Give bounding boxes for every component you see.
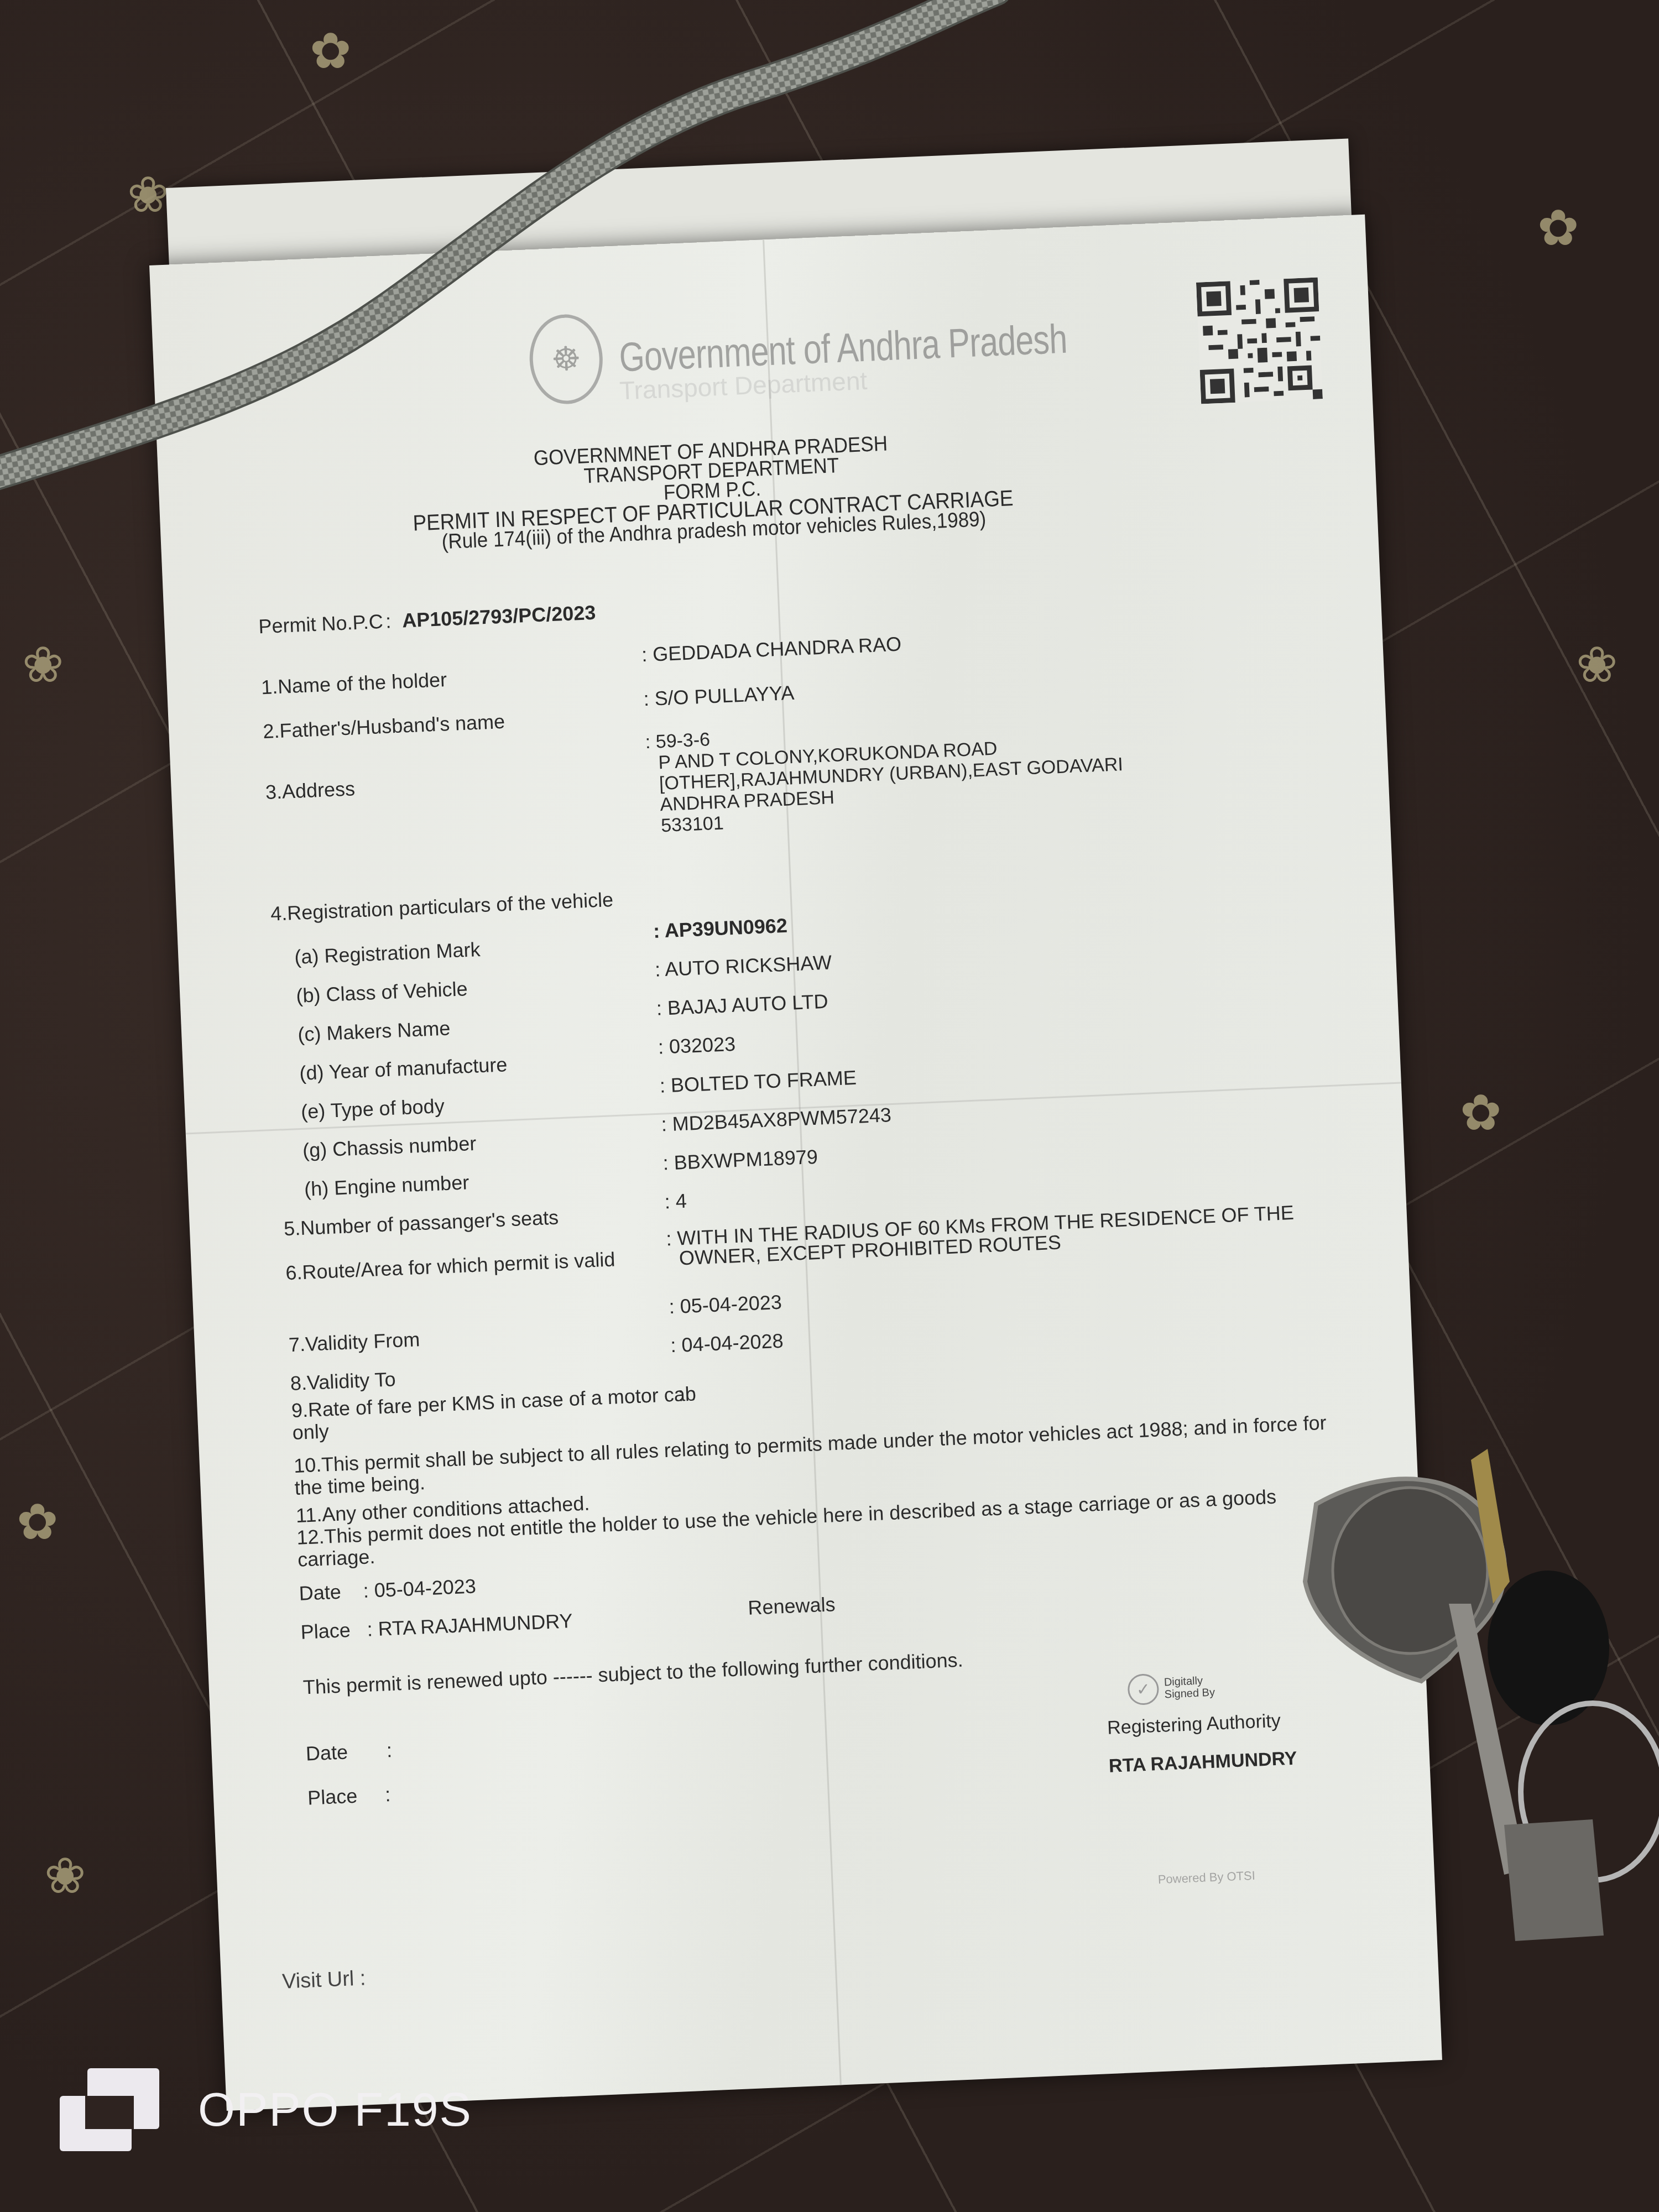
fabric-motif: ✿ [1460, 1084, 1501, 1142]
address-value: : 59-3-6 P AND T COLONY,KORUKONDA ROAD [… [645, 712, 1125, 837]
renewal-date-row: Date : [305, 1739, 393, 1765]
qr-code-icon [1196, 278, 1323, 404]
issue-date-row: Date : 05-04-2023 [299, 1574, 477, 1605]
fabric-motif: ❀ [22, 636, 64, 694]
letterhead: ☸ Government of Andhra Pradesh Transport… [528, 289, 1180, 405]
vehicle-keys [1283, 1438, 1659, 1963]
permit-number-label: Permit No.P.C [258, 610, 384, 638]
renewal-place-row: Place : [307, 1783, 391, 1809]
checkmark-icon: ✓ [1127, 1673, 1159, 1705]
holder-name-label: 1.Name of the holder [260, 668, 447, 699]
fabric-motif: ✿ [310, 22, 351, 80]
form-heading: GOVERNMNET OF ANDHRA PRADESH TRANSPORT D… [354, 426, 1070, 556]
signature-block: ✓ Digitally Signed By Registering Author… [1105, 1668, 1297, 1777]
visit-url-label: Visit Url : [281, 1966, 366, 1994]
address-label: 3.Address [265, 777, 356, 804]
renewal-text: This permit is renewed upto ------ subje… [302, 1648, 963, 1699]
fabric-motif: ✿ [1537, 199, 1579, 257]
permit-number-value: AP105/2793/PC/2023 [401, 601, 596, 633]
issue-place-row: Place : RTA RAJAHMUNDRY [300, 1609, 573, 1644]
renewals-heading: Renewals [748, 1593, 836, 1620]
father-name-label: 2.Father's/Husband's name [263, 710, 505, 743]
camera-logo-icon [60, 2068, 159, 2151]
fabric-motif: ✿ [17, 1493, 58, 1551]
holder-name-value: : GEDDADA CHANDRA RAO [641, 633, 901, 667]
camera-model: OPPO F19S [198, 2083, 472, 2137]
permit-number-row: Permit No.P.C : AP105/2793/PC/2023 [164, 568, 1380, 619]
camera-watermark: OPPO F19S [60, 2068, 472, 2151]
fabric-motif: ❀ [1576, 636, 1618, 694]
registering-authority: Registering Authority [1107, 1710, 1296, 1739]
fabric-motif: ❀ [127, 166, 169, 224]
permit-document: ☸ Government of Andhra Pradesh Transport… [149, 215, 1442, 2111]
father-name-value: : S/O PULLAYYA [643, 681, 795, 711]
fabric-motif: ❀ [44, 1847, 86, 1905]
powered-by: Powered By OTSI [1157, 1869, 1255, 1887]
digital-signature: ✓ Digitally Signed By [1127, 1668, 1295, 1706]
rta-office: RTA RAJAHMUNDRY [1108, 1747, 1297, 1777]
state-emblem-icon: ☸ [528, 313, 604, 405]
